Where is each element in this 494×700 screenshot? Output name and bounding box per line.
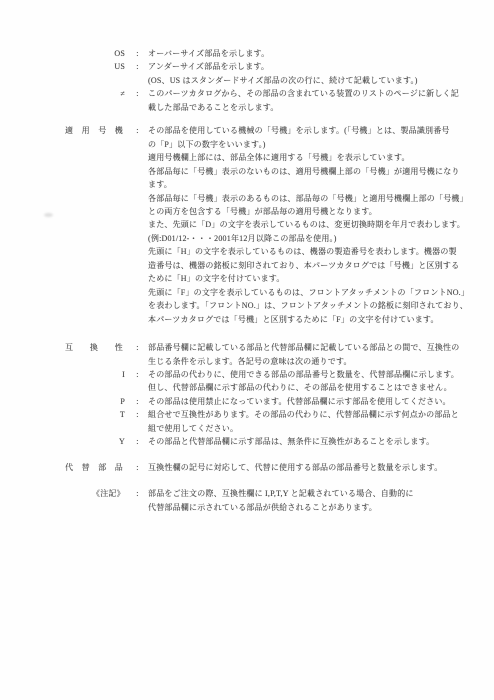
section-gap [65,114,470,124]
definition-text: このパーツカタログから、その部品の含まれている装置のリストのページに新しく記 [148,87,459,100]
definition-text: 部品番号欄に記載している部品と代替部品欄に記載している部品との間で、互換性の [148,341,459,354]
definition-text: 先頭に「H」の文字を表示しているものは、機器の製造番号を表わします。機器の製 [148,245,457,258]
definition-text: アンダーサイズ部品を示します。 [148,60,269,73]
term-key: P [65,395,127,408]
definition-row-code-p: P : その部品は使用禁止になっています。代替部品欄に示す部品を使用してください… [65,395,470,408]
term-key: ≠ [65,87,127,100]
continuation-row: (OS、US はスタンダードサイズ部品の次の行に、続けて記載しています。) [65,74,470,87]
section-size-symbols: OS : オーバーサイズ部品を示します。 US : アンダーサイズ部品を示します… [65,47,470,114]
definition-text: (例:D01/12-・・・2001年12月以降この部品を使用。) [148,232,337,245]
definition-text: の「P」以下の数字をいいます。) [148,138,266,151]
term-key-slot: OS [65,47,127,60]
colon-separator: : [127,341,148,354]
definition-row-code-i: I : その部品の代わりに、使用できる部品の部品番号と数量を、代替部品欄に示しま… [65,368,470,381]
definition-row-code-y: Y : その部品と代替部品欄に示す部品は、無条件に互換性があることを示します。 [65,435,470,448]
section-gap [65,326,470,341]
continuation-row: また、先頭に「D」の文字を表示しているものは、変更切換時期を年月で表わします。 [65,218,470,231]
term-key: Y [65,435,127,448]
definition-text: その部品は使用禁止になっています。代替部品欄に示す部品を使用してください。 [148,395,451,408]
definition-text: 造番号は、機器の銘板に刻印されており、本パーツカタログでは「号機」と区別する [148,259,459,272]
definition-row-code-t: T : 組合せで互換性があります。その部品の代わりに、代替部品欄に示す何点かの部… [65,408,470,421]
definition-text: その部品の代わりに、使用できる部品の部品番号と数量を、代替部品欄に示します。 [148,368,459,381]
definition-text: 本パーツカタログでは「号機」と区別するために「F」の文字を付けています。 [148,313,439,326]
term-key: OS [65,47,127,60]
term-key-slot: I [65,368,127,381]
term-key: I [65,368,127,381]
definition-text: ために「H」の文字を付けています。 [148,272,285,285]
continuation-row: 造番号は、機器の銘板に刻印されており、本パーツカタログでは「号機」と区別する [65,259,470,272]
definition-text: との両方を包含する「号機」が部品毎の適用号機となります。 [148,205,377,218]
definition-row-us: US : アンダーサイズ部品を示します。 [65,60,470,73]
continuation-row: ために「H」の文字を付けています。 [65,272,470,285]
definition-text: を表わします。「フロントNO.」は、フロントアタッチメントの銘板に刻印されており… [148,299,468,312]
definition-text: 各部品毎に「号機」表示のないものは、適用号機欄上部の「号機」が適用号機になり [148,165,460,178]
definition-text: その部品を使用している機械の「号機」を示します。(「号機」とは、製品識別番号 [148,124,450,137]
definition-text: 先頭に「F」の文字を表示しているものは、フロントアタッチメントの「フロントNO.… [148,286,469,299]
continuation-row: 但し、代替部品欄に示す部品の代わりに、その部品を使用することはできません。 [65,381,470,394]
definition-text: 生じる条件を示します。各記号の意味は次の通りです。 [148,355,352,368]
definition-text: 適用号機欄上部には、部品全体に適用する「号機」を表示しています。 [148,151,410,164]
section-gap [65,474,470,487]
colon-separator: : [127,408,148,421]
continuation-row: 代替部品欄に示されている部品が供給されることがあります。 [65,501,470,514]
section-interchangeability: 互換性 : 部品番号欄に記載している部品と代替部品欄に記載している部品との間で、… [65,341,470,449]
colon-separator: : [127,435,148,448]
term-key-slot: US [65,60,127,73]
continuation-row: の「P」以下の数字をいいます。) [65,138,470,151]
definition-text: 部品をご注文の際、互換性欄に I,P,T,Y と記載されている場合、自動的に [148,487,414,500]
definition-text: (OS、US はスタンダードサイズ部品の次の行に、続けて記載しています。) [148,74,418,87]
continuation-row: 組で使用してください。 [65,422,470,435]
continuation-row: 各部品毎に「号機」表示のあるものは、部品毎の「号機」と適用号機欄上部の「号機」 [65,192,470,205]
continuation-row: 適用号機欄上部には、部品全体に適用する「号機」を表示しています。 [65,151,470,164]
definition-row-applicable-serial: 適用号機 : その部品を使用している機械の「号機」を示します。(「号機」とは、製… [65,124,470,137]
colon-separator: : [127,487,148,500]
definition-text: その部品と代替部品欄に示す部品は、無条件に互換性があることを示します。 [148,435,434,448]
colon-separator: : [127,47,148,60]
definition-row-interchangeability: 互換性 : 部品番号欄に記載している部品と代替部品欄に記載している部品との間で、… [65,341,470,354]
continuation-row: 本パーツカタログでは「号機」と区別するために「F」の文字を付けています。 [65,313,470,326]
section-label: 互換性 [65,341,123,354]
term-key-slot: Y [65,435,127,448]
continuation-row: との両方を包含する「号機」が部品毎の適用号機となります。 [65,205,470,218]
definition-text: 但し、代替部品欄に示す部品の代わりに、その部品を使用することはできません。 [148,381,452,394]
definition-text: 代替部品欄に示されている部品が供給されることがあります。 [148,501,377,514]
continuation-row: 先頭に「F」の文字を表示しているものは、フロントアタッチメントの「フロントNO.… [65,286,470,299]
section-note: 《注記》 : 部品をご注文の際、互換性欄に I,P,T,Y と記載されている場合… [65,487,470,514]
continuation-row: 先頭に「H」の文字を表示しているものは、機器の製造番号を表わします。機器の製 [65,245,470,258]
definition-text: オーバーサイズ部品を示します。 [148,47,269,60]
definition-row-os: OS : オーバーサイズ部品を示します。 [65,47,470,60]
continuation-row: 載した部品であることを示します。 [65,101,470,114]
note-label: 《注記》 [65,487,125,500]
continuation-row-example: (例:D01/12-・・・2001年12月以降この部品を使用。) [65,232,470,245]
colon-separator: : [127,395,148,408]
colon-separator: : [127,124,148,137]
term-key-slot: ≠ [65,87,127,100]
term-key-slot: P [65,395,127,408]
definition-text: ます。 [148,178,172,191]
continuation-row: 各部品毎に「号機」表示のないものは、適用号機欄上部の「号機」が適用号機になり [65,165,470,178]
definition-text: 載した部品であることを示します。 [148,101,279,114]
colon-separator: : [127,461,148,474]
scan-artifact-smudge [44,213,53,217]
document-content: OS : オーバーサイズ部品を示します。 US : アンダーサイズ部品を示します… [65,47,470,514]
section-label: 適用号機 [65,124,123,137]
definition-text: 各部品毎に「号機」表示のあるものは、部品毎の「号機」と適用号機欄上部の「号機」 [148,192,468,205]
term-key-slot: T [65,408,127,421]
definition-row-substitute-parts: 代替部品 : 互換性欄の記号に対応して、代替に使用する部品の部品番号と数量を示し… [65,461,470,474]
colon-separator: : [127,60,148,73]
definition-text: 互換性欄の記号に対応して、代替に使用する部品の部品番号と数量を示します。 [148,461,442,474]
term-key: T [65,408,127,421]
definition-text: 組で使用してください。 [148,422,238,435]
definition-text: また、先頭に「D」の文字を表示しているものは、変更切換時期を年月で表わします。 [148,218,465,231]
colon-separator: : [127,368,148,381]
scanned-document-page: OS : オーバーサイズ部品を示します。 US : アンダーサイズ部品を示します… [0,0,494,700]
definition-row-new-part-symbol: ≠ : このパーツカタログから、その部品の含まれている装置のリストのページに新し… [65,87,470,100]
continuation-row: を表わします。「フロントNO.」は、フロントアタッチメントの銘板に刻印されており… [65,299,470,312]
colon-separator: : [127,87,148,100]
section-substitute-parts: 代替部品 : 互換性欄の記号に対応して、代替に使用する部品の部品番号と数量を示し… [65,461,470,474]
term-key: US [65,60,127,73]
definition-text: 組合せで互換性があります。その部品の代わりに、代替部品欄に示す何点かの部品と [148,408,459,421]
section-gap [65,449,470,461]
continuation-row: ます。 [65,178,470,191]
definition-row-note: 《注記》 : 部品をご注文の際、互換性欄に I,P,T,Y と記載されている場合… [65,487,470,500]
section-label: 代替部品 [65,461,123,474]
section-applicable-serial-no: 適用号機 : その部品を使用している機械の「号機」を示します。(「号機」とは、製… [65,124,470,326]
continuation-row: 生じる条件を示します。各記号の意味は次の通りです。 [65,355,470,368]
